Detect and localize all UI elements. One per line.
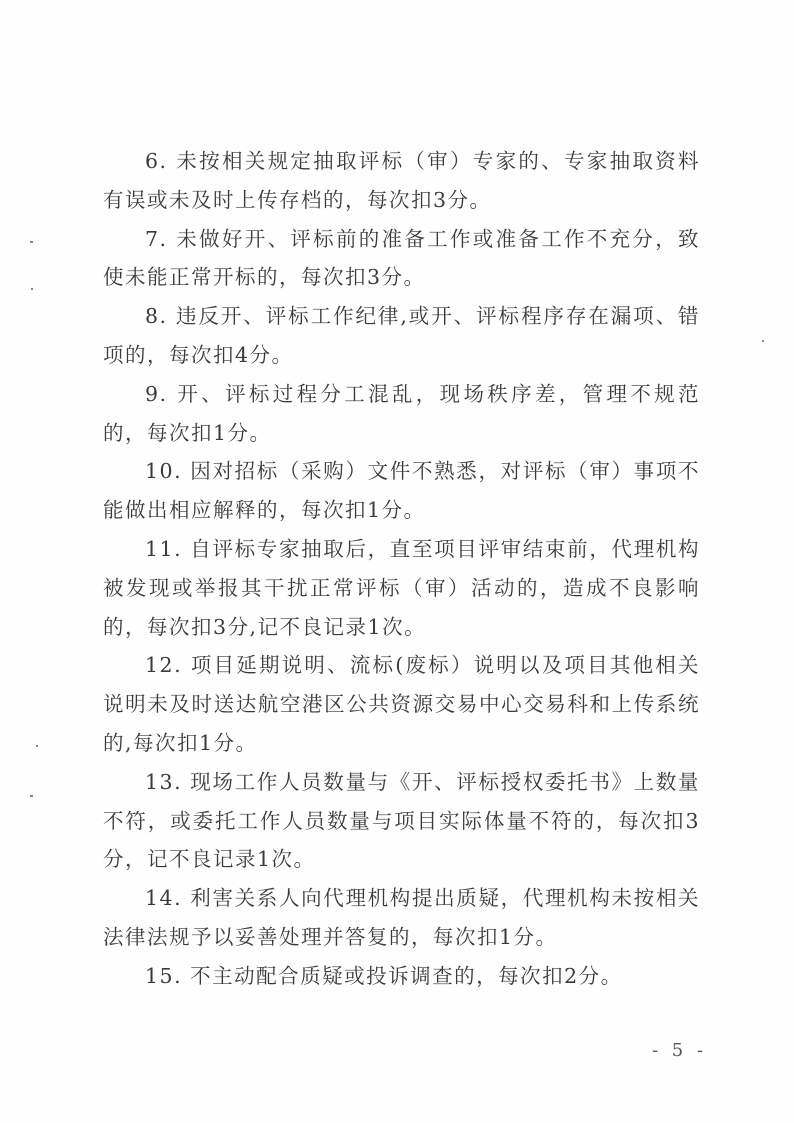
scan-speck (30, 241, 33, 243)
document-body: 6. 未按相关规定抽取评标（审）专家的、专家抽取资料有误或未及时上传存档的，每次… (103, 142, 700, 996)
clause-8: 8. 违反开、评标工作纪律,或开、评标程序存在漏项、错项的，每次扣4分。 (103, 297, 700, 375)
document-page: 6. 未按相关规定抽取评标（审）专家的、专家抽取资料有误或未及时上传存档的，每次… (0, 0, 794, 1123)
clause-13: 13. 现场工作人员数量与《开、评标授权委托书》上数量不符，或委托工作人员数量与… (103, 763, 700, 879)
clause-7: 7. 未做好开、评标前的准备工作或准备工作不充分，致使未能正常开标的，每次扣3分… (103, 220, 700, 298)
scan-speck (31, 288, 33, 290)
clause-9: 9. 开、评标过程分工混乱，现场秩序差，管理不规范的，每次扣1分。 (103, 375, 700, 453)
clause-15: 15. 不主动配合质疑或投诉调查的，每次扣2分。 (103, 957, 700, 996)
clause-6: 6. 未按相关规定抽取评标（审）专家的、专家抽取资料有误或未及时上传存档的，每次… (103, 142, 700, 220)
scan-speck (30, 795, 33, 797)
clause-10: 10. 因对招标（采购）文件不熟悉，对评标（审）事项不能做出相应解释的，每次扣1… (103, 452, 700, 530)
clause-11: 11. 自评标专家抽取后，直至项目评审结束前，代理机构被发现或举报其干扰正常评标… (103, 530, 700, 646)
scan-speck (762, 340, 764, 342)
clause-14: 14. 利害关系人向代理机构提出质疑，代理机构未按相关法律法规予以妥善处理并答复… (103, 879, 700, 957)
clause-12: 12. 项目延期说明、流标(废标）说明以及项目其他相关说明未及时送达航空港区公共… (103, 646, 700, 762)
page-number: - 5 - (652, 1040, 707, 1061)
scan-speck (36, 745, 38, 747)
